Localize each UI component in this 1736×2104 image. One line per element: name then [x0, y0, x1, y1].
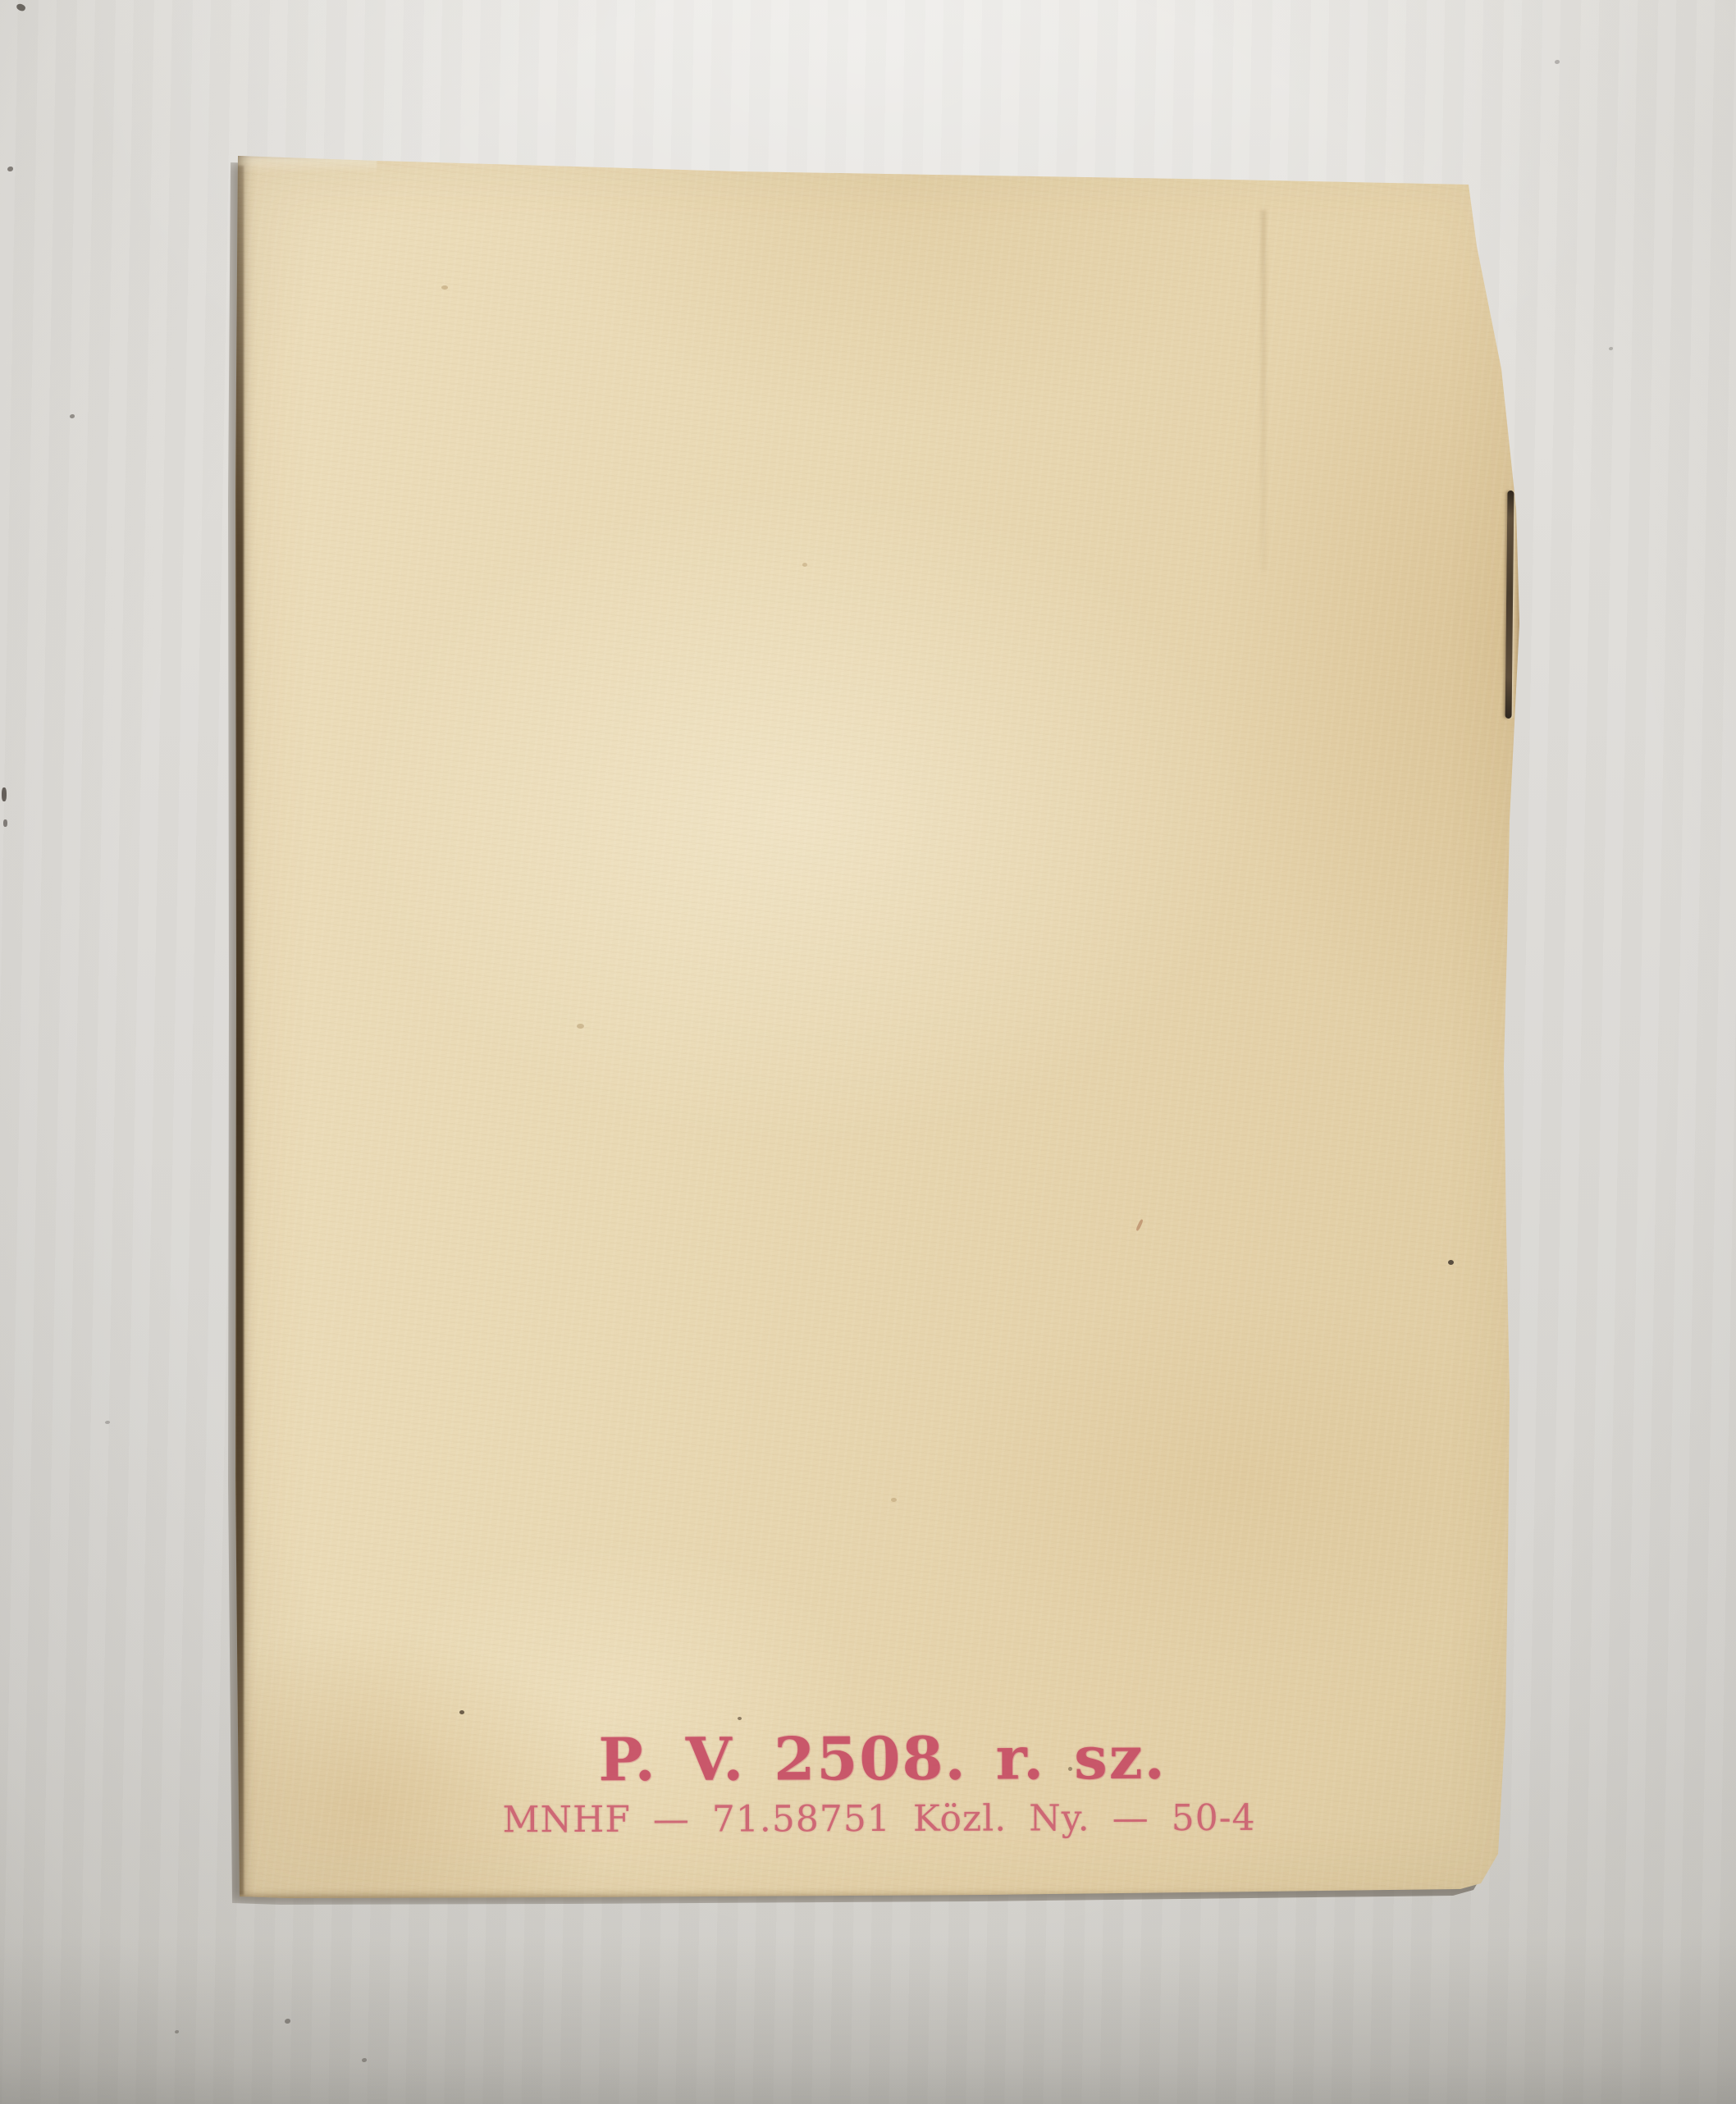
background-speck [3, 819, 7, 827]
paper-edge-shading [235, 153, 1519, 1898]
background-speck [16, 2, 26, 12]
booklet-back-cover: P. V. 2508. r. sz. MNHF — 71.58751 Közl.… [235, 153, 1519, 1898]
background-speck [175, 2030, 179, 2033]
background-speck [2, 787, 7, 801]
background-speck [105, 1421, 110, 1424]
background-speck [70, 414, 75, 418]
background-speck [7, 167, 13, 171]
background-speck [362, 2058, 367, 2062]
background-speck [1555, 60, 1560, 64]
photo-scene: P. V. 2508. r. sz. MNHF — 71.58751 Közl.… [0, 0, 1736, 2104]
background-speck [1609, 347, 1613, 350]
background-speck [285, 2019, 290, 2024]
